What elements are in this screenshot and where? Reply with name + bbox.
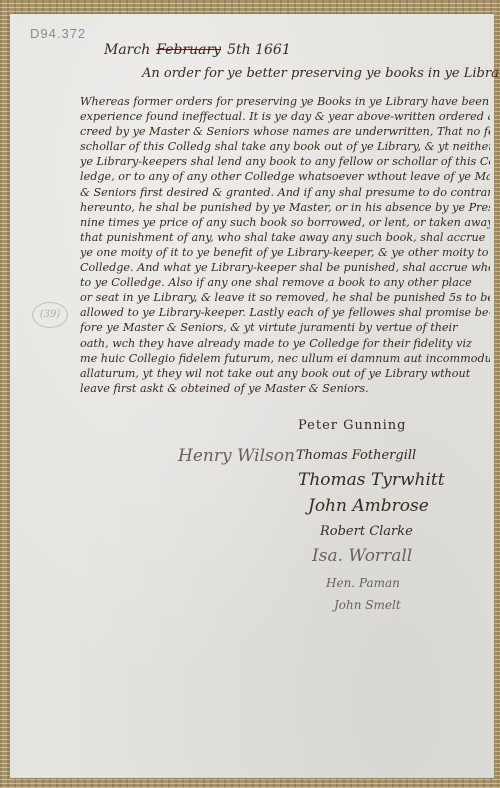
signature-isa-worrall: Isa. Worrall xyxy=(312,546,412,566)
date-day: 5th xyxy=(227,42,251,58)
margin-stamp: (39) xyxy=(32,302,68,328)
body-line: leave first askt & obteined of ye Master… xyxy=(80,381,490,396)
date-month: March xyxy=(104,42,150,58)
signature-thomas-tyrwhitt: Thomas Tyrwhitt xyxy=(298,470,445,490)
body-line: ye one moity of it to ye benefit of ye L… xyxy=(80,245,490,260)
signature-john-ambrose: John Ambrose xyxy=(308,496,429,516)
catalog-mark: D94.372 xyxy=(30,26,86,41)
signature-thomas-fothergill: Thomas Fothergill xyxy=(296,448,416,463)
body-line: that punishment of any, who shal take aw… xyxy=(80,230,490,245)
order-body: Whereas former orders for preserving ye … xyxy=(80,94,490,396)
signature-peter-gunning: Peter Gunning xyxy=(298,418,406,433)
document-heading: An order for ye better preserving ye boo… xyxy=(142,66,500,81)
body-line: allaturum, yt they wil not take out any … xyxy=(80,366,490,381)
body-line: nine times ye price of any such book so … xyxy=(80,215,490,230)
body-line: oath, wch they have already made to ye C… xyxy=(80,336,490,351)
body-line: allowed to ye Library-keeper. Lastly eac… xyxy=(80,305,490,320)
body-line: fore ye Master & Seniors, & yt virtute j… xyxy=(80,320,490,335)
signature-hen-paman: Hen. Paman xyxy=(326,576,400,590)
body-line: & Seniors first desired & granted. And i… xyxy=(80,185,490,200)
manuscript-page: D94.372 MarchFebruary5th 1661 An order f… xyxy=(10,14,494,778)
body-line: me huic Collegio fidelem futurum, nec ul… xyxy=(80,351,490,366)
signature-john-smelt: John Smelt xyxy=(334,598,401,612)
document-date: MarchFebruary5th 1661 xyxy=(104,42,291,58)
body-line: experience found ineffectual. It is ye d… xyxy=(80,109,490,124)
body-line: ledge, or to any of any other Colledge w… xyxy=(80,169,490,184)
body-line: hereunto, he shal be punished by ye Mast… xyxy=(80,200,490,215)
body-line: Colledge. And what ye Library-keeper sha… xyxy=(80,260,490,275)
body-line: ye Library-keepers shal lend any book to… xyxy=(80,154,490,169)
body-line: to ye Colledge. Also if any one shal rem… xyxy=(80,275,490,290)
body-line: Whereas former orders for preserving ye … xyxy=(80,94,490,109)
signature-robert-clarke: Robert Clarke xyxy=(320,524,413,539)
date-year: 1661 xyxy=(255,42,291,58)
body-line: creed by ye Master & Seniors whose names… xyxy=(80,124,490,139)
signature-henry-wilson: Henry Wilson xyxy=(178,446,295,466)
body-line: schollar of this Colledg shal take any b… xyxy=(80,139,490,154)
body-line: or seat in ye Library, & leave it so rem… xyxy=(80,290,490,305)
date-struck-word: February xyxy=(156,42,221,58)
